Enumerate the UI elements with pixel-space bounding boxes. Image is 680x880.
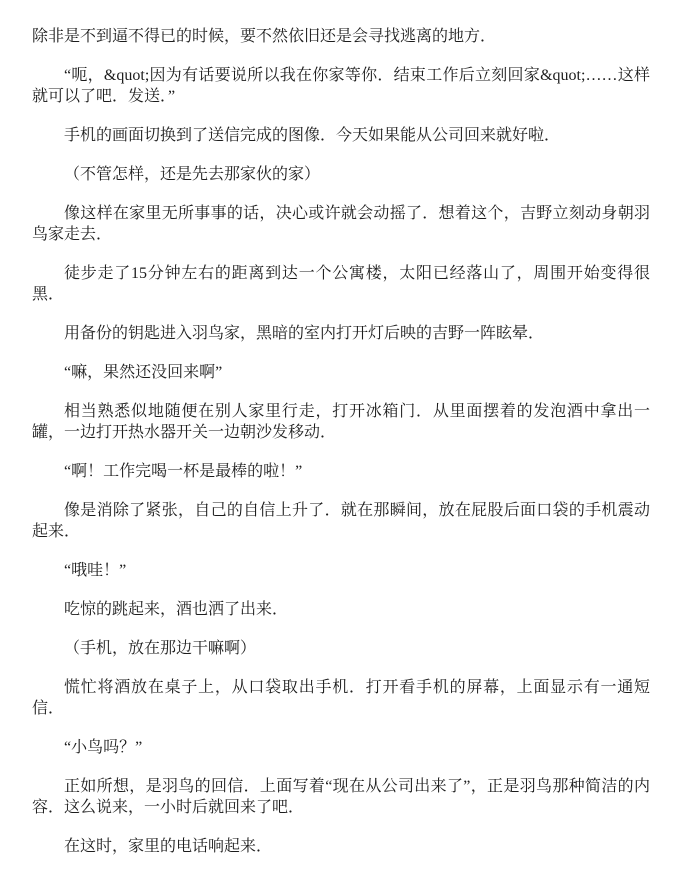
paragraph: 像这样在家里无所事事的话，决心或许就会动摇了．想着这个，吉野立刻动身朝羽鸟家走去… <box>32 203 650 245</box>
document-body: 除非是不到逼不得已的时候，要不然依旧还是会寻找逃离的地方．“呃，&quot;因为… <box>32 26 650 857</box>
paragraph: 用备份的钥匙进入羽鸟家，黑暗的室内打开灯后映的吉野一阵眩晕． <box>32 323 650 344</box>
paragraph: “哦哇！” <box>32 560 650 581</box>
paragraph: 正如所想，是羽鸟的回信．上面写着“现在从公司出来了”，正是羽鸟那种简洁的内容．这… <box>32 776 650 818</box>
paragraph: 吃惊的跳起来，酒也洒了出来． <box>32 599 650 620</box>
paragraph: “啊！工作完喝一杯是最棒的啦！” <box>32 461 650 482</box>
paragraph: （不管怎样，还是先去那家伙的家） <box>32 164 650 185</box>
paragraph: （手机，放在那边干嘛啊） <box>32 638 650 659</box>
paragraph: “呃，&quot;因为有话要说所以我在你家等你．结束工作后立刻回家&quot;…… <box>32 65 650 107</box>
paragraph: 手机的画面切换到了送信完成的图像．今天如果能从公司回来就好啦． <box>32 125 650 146</box>
paragraph: 徒步走了15分钟左右的距离到达一个公寓楼，太阳已经落山了，周围开始变得很黑． <box>32 263 650 305</box>
paragraph: 除非是不到逼不得已的时候，要不然依旧还是会寻找逃离的地方． <box>32 26 650 47</box>
paragraph: “小鸟吗？” <box>32 737 650 758</box>
paragraph: 慌忙将酒放在桌子上，从口袋取出手机．打开看手机的屏幕，上面显示有一通短信． <box>32 677 650 719</box>
paragraph: 像是消除了紧张，自己的自信上升了．就在那瞬间，放在屁股后面口袋的手机震动起来． <box>32 500 650 542</box>
paragraph: 相当熟悉似地随便在别人家里行走，打开冰箱门．从里面摆着的发泡酒中拿出一罐，一边打… <box>32 401 650 443</box>
paragraph: “嘛，果然还没回来啊” <box>32 362 650 383</box>
document-page: 除非是不到逼不得已的时候，要不然依旧还是会寻找逃离的地方．“呃，&quot;因为… <box>0 0 680 880</box>
paragraph: 在这时，家里的电话响起来． <box>32 836 650 857</box>
